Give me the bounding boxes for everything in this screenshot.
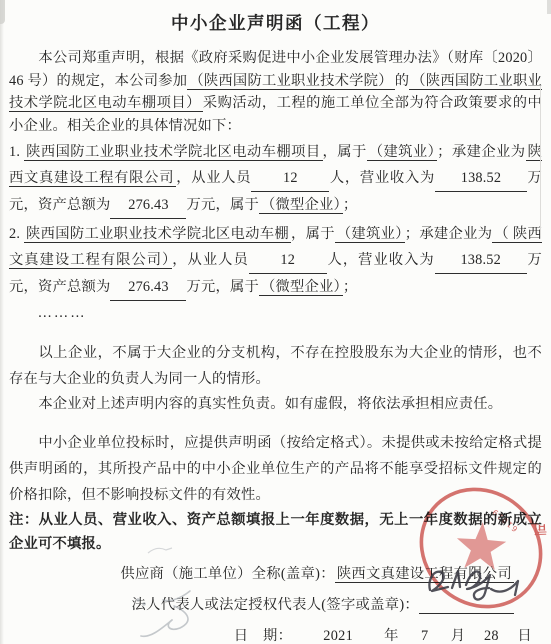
supplier-label: 供应商（施工单位）全称(盖章)： <box>120 566 334 582</box>
item1-revenue-value: 138.52 <box>435 165 527 192</box>
item1-text: ，属于 <box>323 144 367 160</box>
item2-project-underlined: 陕西国防工业职业技术学院北区电动车棚 <box>24 226 291 243</box>
item1-enterprise-type-underlined: （微型企业） <box>259 197 343 214</box>
item2-text: 人，营业收入为 <box>327 252 435 268</box>
legal-rep-signature-blank <box>419 598 514 614</box>
item2-assets-value: 276.43 <box>110 274 186 301</box>
scan-edge-shadow <box>0 0 4 644</box>
scan-corner-artifact <box>0 0 5 24</box>
item2-staff-count: 12 <box>249 247 327 274</box>
item2-text: 万元，属于 <box>186 279 258 295</box>
document-title: 中小企业声明函（工程） <box>9 10 542 35</box>
legal-rep-label: 法人代表人或法定授权代表人(签字或盖章)： <box>132 597 419 613</box>
item1-text: 人，营业收入为 <box>329 170 435 186</box>
intro-paragraph: 本公司郑重声明，根据《政府采购促进中小企业发展管理办法》（财库〔2020〕46 … <box>9 47 542 137</box>
supplier-name-underlined: 陕西文真建设工程有限公司 <box>335 566 514 583</box>
date-day-unit: 日 <box>517 628 532 644</box>
item2-text: ，从业人员 <box>172 252 249 268</box>
item2-enterprise-type-underlined: （微型企业） <box>259 279 343 296</box>
item2-text: ，属于 <box>291 226 335 242</box>
item1-project-underlined: 陕西国防工业职业技术学院北区电动车棚项目 <box>24 144 322 161</box>
date-month-value: 7 <box>399 628 451 644</box>
legal-rep-row: 法人代表人或法定授权代表人(签字或盖章)： <box>9 594 542 614</box>
item1-text: ； <box>343 197 358 213</box>
item-number: 2. <box>9 226 20 242</box>
enterprise-item-1: 1. 陕西国防工业职业技术学院北区电动车棚项目，属于（建筑业）；承建企业为陕西文… <box>9 139 542 219</box>
purchaser-name-underlined: （陕西国防工业职业技术学院） <box>187 73 394 90</box>
date-year-value: 2021 <box>292 628 384 644</box>
item1-text: 万元，属于 <box>186 197 258 213</box>
date-year-unit: 年 <box>384 628 399 644</box>
item1-industry-underlined: （建筑业） <box>367 144 437 161</box>
signoff-block: 供应商（施工单位）全称(盖章)：陕西文真建设工程有限公司 法人代表人或法定授权代… <box>9 563 542 644</box>
paragraph-truthfulness: 本企业对上述声明内容的真实性负责。如有虚假，将依法承担相应责任。 <box>9 392 542 418</box>
paragraph-not-branch: 以上企业，不属于大企业的分支机构，不存在控股股东为大企业的情形，也不存在与大企业… <box>9 341 542 392</box>
item1-text: ，从业人员 <box>176 170 251 186</box>
declaration-document: 中小企业声明函（工程） 本公司郑重声明，根据《政府采购促进中小企业发展管理办法》… <box>0 0 551 644</box>
ellipsis-more-items: ……… <box>9 301 542 325</box>
date-label: 日 期： <box>234 628 292 644</box>
item1-text: ；承建企业为 <box>437 144 525 160</box>
item1-assets-value: 276.43 <box>110 192 186 219</box>
scan-corner-artifact <box>547 0 551 14</box>
note-paragraph: 注：从业人员、营业收入、资产总额填报上一年度数据，无上一年度数据的新成立企业可不… <box>9 508 542 556</box>
scan-line-artifact <box>540 86 541 236</box>
item2-text: ；承建企业为 <box>405 226 493 242</box>
item2-industry-underlined: （建筑业） <box>335 226 405 243</box>
item-number: 1. <box>9 144 20 160</box>
item2-text: ； <box>343 279 358 295</box>
enterprise-item-2: 2. 陕西国防工业职业技术学院北区电动车棚，属于（建筑业）；承建企业为（ 陕西文… <box>9 221 542 301</box>
item2-revenue-value: 138.52 <box>435 247 527 274</box>
date-row: 日 期：2021年7月28日 <box>9 625 542 644</box>
date-day-value: 28 <box>465 628 517 644</box>
date-month-unit: 月 <box>451 628 466 644</box>
paragraph-format-requirement: 中小企业单位投标时，应提供声明函（按给定格式）。未提供或未按给定格式提供声明函的… <box>9 430 542 508</box>
item1-staff-count: 12 <box>251 165 329 192</box>
supplier-row: 供应商（施工单位）全称(盖章)：陕西文真建设工程有限公司 <box>9 563 542 583</box>
intro-mid: 的 <box>395 73 410 89</box>
